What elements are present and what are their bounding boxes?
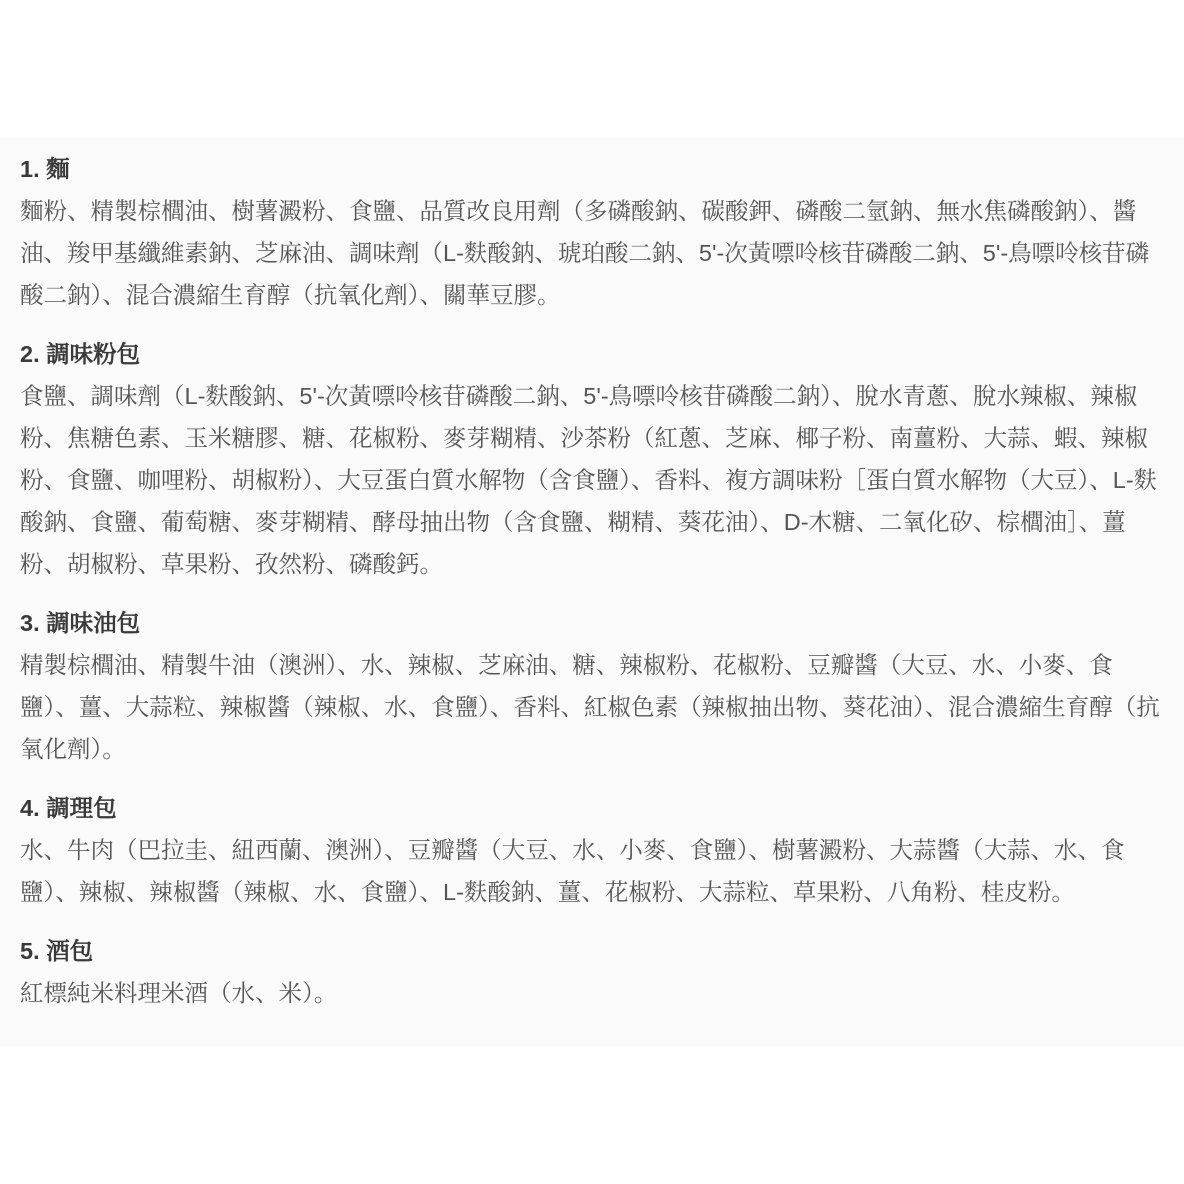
section-body-seasoning-oil: 精製棕櫚油、精製牛油（澳洲）、水、辣椒、芝麻油、糖、辣椒粉、花椒粉、豆瓣醬（大豆… [20, 644, 1164, 770]
section-heading-seasoning-oil: 3. 調味油包 [20, 602, 1164, 644]
ingredient-section-retort-pouch: 4. 調理包 水、牛肉（巴拉圭、紐西蘭、澳洲）、豆瓣醬（大豆、水、小麥、食鹽）、… [20, 787, 1164, 913]
ingredient-section-wine-packet: 5. 酒包 紅標純米料理米酒（水、米）。 [20, 930, 1164, 1014]
section-heading-retort-pouch: 4. 調理包 [20, 787, 1164, 829]
section-body-noodle: 麵粉、精製棕櫚油、樹薯澱粉、食鹽、品質改良用劑（多磷酸鈉、碳酸鉀、磷酸二氫鈉、無… [20, 190, 1164, 316]
section-heading-wine-packet: 5. 酒包 [20, 930, 1164, 972]
ingredients-panel: 1. 麵 麵粉、精製棕櫚油、樹薯澱粉、食鹽、品質改良用劑（多磷酸鈉、碳酸鉀、磷酸… [0, 138, 1184, 1046]
section-heading-seasoning-powder: 2. 調味粉包 [20, 333, 1164, 375]
section-body-wine-packet: 紅標純米料理米酒（水、米）。 [20, 972, 1164, 1014]
ingredient-section-seasoning-oil: 3. 調味油包 精製棕櫚油、精製牛油（澳洲）、水、辣椒、芝麻油、糖、辣椒粉、花椒… [20, 602, 1164, 770]
ingredient-section-noodle: 1. 麵 麵粉、精製棕櫚油、樹薯澱粉、食鹽、品質改良用劑（多磷酸鈉、碳酸鉀、磷酸… [20, 148, 1164, 316]
section-body-retort-pouch: 水、牛肉（巴拉圭、紐西蘭、澳洲）、豆瓣醬（大豆、水、小麥、食鹽）、樹薯澱粉、大蒜… [20, 829, 1164, 913]
section-heading-noodle: 1. 麵 [20, 148, 1164, 190]
section-body-seasoning-powder: 食鹽、調味劑（L-麩酸鈉、5'-次黃嘌呤核苷磷酸二鈉、5'-鳥嘌呤核苷磷酸二鈉）… [20, 375, 1164, 585]
ingredient-section-seasoning-powder: 2. 調味粉包 食鹽、調味劑（L-麩酸鈉、5'-次黃嘌呤核苷磷酸二鈉、5'-鳥嘌… [20, 333, 1164, 585]
